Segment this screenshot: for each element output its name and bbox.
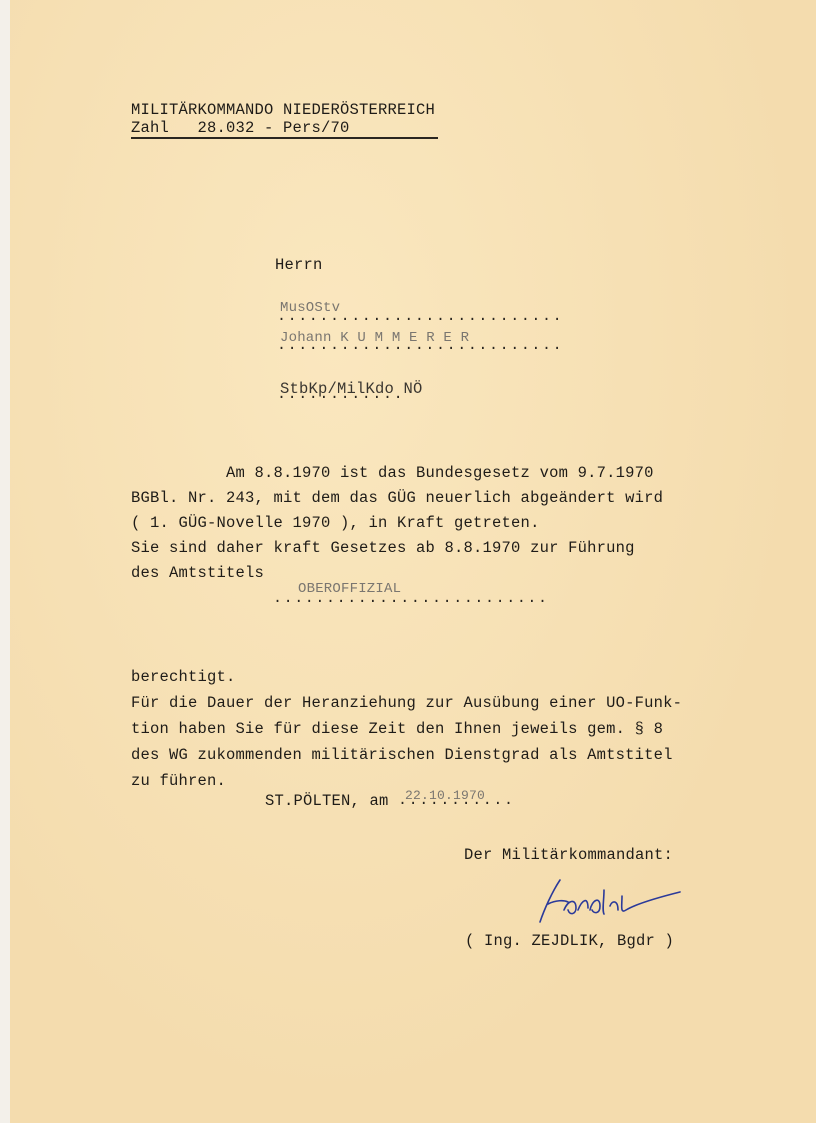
salutation: Herrn <box>275 256 323 274</box>
reference-number: Zahl 28.032 - Pers/70 <box>131 119 350 137</box>
reference-underline <box>131 137 438 139</box>
signature <box>530 870 690 930</box>
dotted-line: ............ <box>277 386 404 403</box>
body-paragraph-2: berechtigt. Für die Dauer der Heranziehu… <box>131 638 682 794</box>
signatory-name: ( Ing. ZEJDLIK, Bgdr ) <box>465 932 674 950</box>
dotted-line: ........................... <box>277 308 563 325</box>
office-heading: MILITÄRKOMMANDO NIEDERÖSTERREICH <box>131 101 435 119</box>
letter-page: MILITÄRKOMMANDO NIEDERÖSTERREICH Zahl 28… <box>10 0 816 1123</box>
place-label: ST.PÖLTEN, am <box>265 792 389 810</box>
body-paragraph-1: Am 8.8.1970 ist das Bundesgesetz vom 9.7… <box>131 436 663 586</box>
signatory-title: Der Militärkommandant: <box>464 846 673 864</box>
dotted-line: ........... <box>398 792 515 809</box>
dotted-line: .......................... <box>273 590 549 607</box>
dotted-line: ........................... <box>277 337 563 354</box>
